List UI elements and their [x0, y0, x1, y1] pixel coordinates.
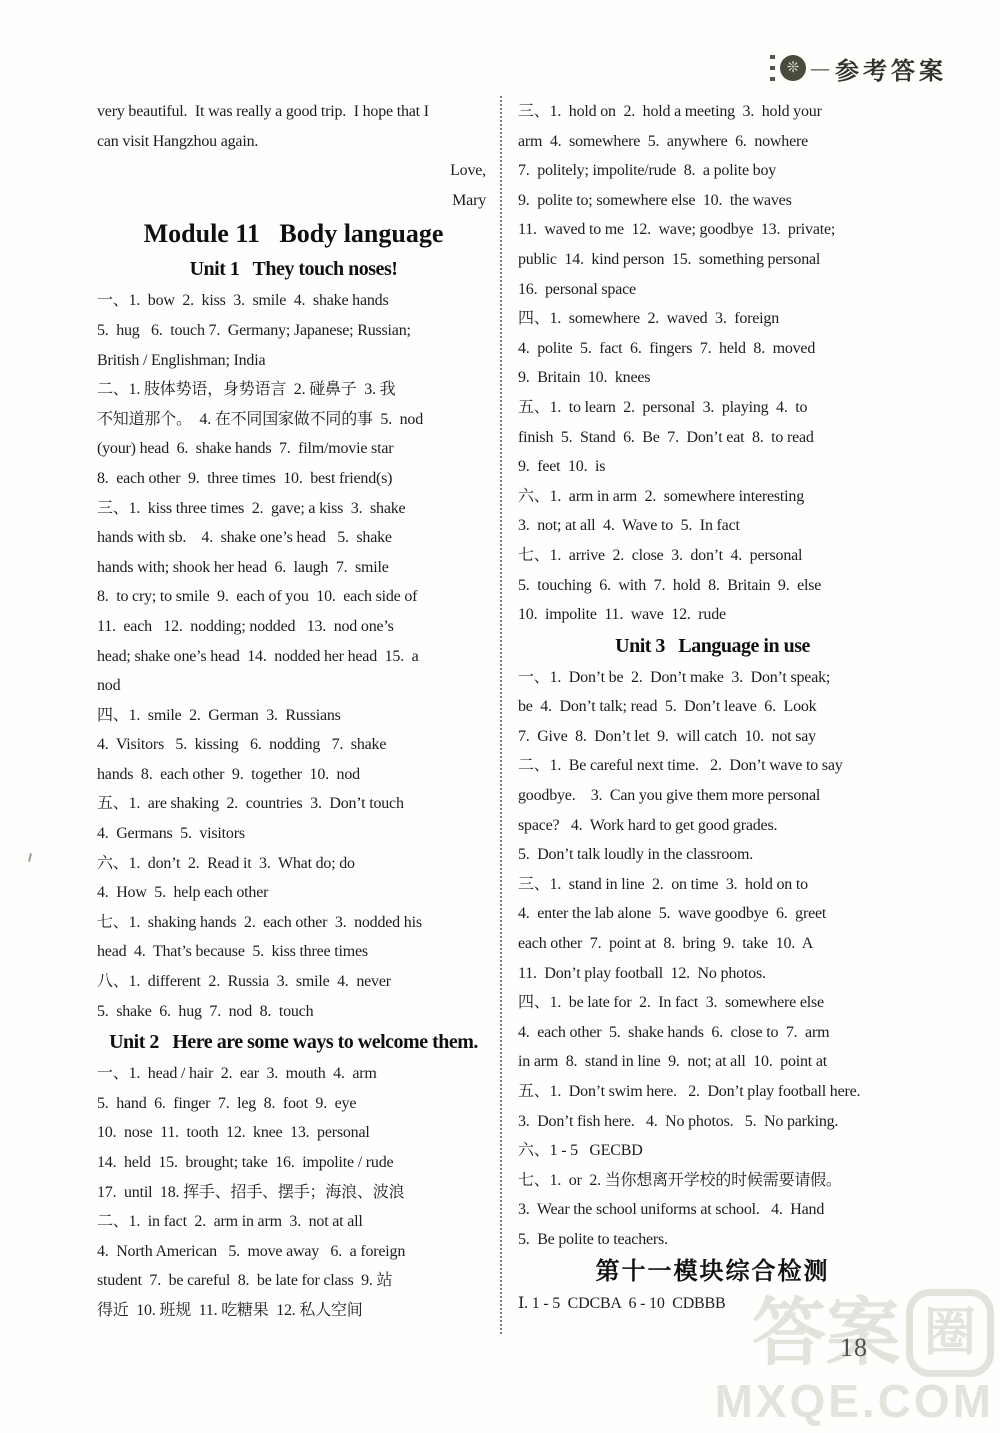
page-header: ❊ — 参考答案	[770, 50, 947, 86]
watermark-site: MXQE.COM	[714, 1377, 994, 1425]
heading-line: Love,	[97, 156, 490, 186]
text-line: 八、1. different 2. Russia 3. smile 4. nev…	[97, 967, 490, 997]
text-line: 七、1. shaking hands 2. each other 3. nodd…	[97, 908, 490, 938]
text-line: hands with; shook her head 6. laugh 7. s…	[97, 553, 490, 583]
text-line: 五、1. Don’t swim here. 2. Don’t play foot…	[518, 1077, 907, 1107]
emblem-glyph: ❊	[787, 61, 800, 76]
text-line: 11. Don’t play football 12. No photos.	[518, 959, 907, 989]
text-line: goodbye. 3. Can you give them more perso…	[518, 781, 907, 811]
text-line: 5. shake 6. hug 7. nod 8. touch	[97, 997, 490, 1027]
text-line: finish 5. Stand 6. Be 7. Don’t eat 8. to…	[518, 423, 907, 453]
text-line: 17. until 18. 挥手、招手、摆手；海浪、波浪	[97, 1178, 490, 1208]
left-column: very beautiful. It was really a good tri…	[97, 97, 490, 1326]
text-line: 14. held 15. brought; take 16. impolite …	[97, 1148, 490, 1178]
publisher-emblem-icon: ❊	[780, 55, 806, 81]
text-line: 一、1. bow 2. kiss 3. smile 4. shake hands	[97, 286, 490, 316]
text-line: space? 4. Work hard to get good grades.	[518, 811, 907, 841]
heading-line: Module 11 Body language	[97, 215, 490, 253]
page-number: 18	[840, 1333, 868, 1363]
text-line: 5. hand 6. finger 7. leg 8. foot 9. eye	[97, 1089, 490, 1119]
text-line: 10. impolite 11. wave 12. rude	[518, 600, 907, 630]
text-line: 六、1. arm in arm 2. somewhere interesting	[518, 482, 907, 512]
text-line: 11. waved to me 12. wave; goodbye 13. pr…	[518, 215, 907, 245]
text-line: in arm 8. stand in line 9. not; at all 1…	[518, 1047, 907, 1077]
text-line: 16. personal space	[518, 275, 907, 305]
heading-line: 第十一模块综合检测	[518, 1255, 907, 1289]
text-line: head; shake one’s head 14. nodded her he…	[97, 642, 490, 672]
column-divider	[500, 96, 502, 1334]
text-line: 4. How 5. help each other	[97, 878, 490, 908]
text-line: 不知道那个。 4. 在不同国家做不同的事 5. nod	[97, 405, 490, 435]
text-line: 四、1. be late for 2. In fact 3. somewhere…	[518, 988, 907, 1018]
text-line: 一、1. Don’t be 2. Don’t make 3. Don’t spe…	[518, 663, 907, 693]
header-dash: —	[811, 58, 829, 79]
text-line: 二、1. 肢体势语，身势语言 2. 碰鼻子 3. 我	[97, 375, 490, 405]
text-line: be 4. Don’t talk; read 5. Don’t leave 6.…	[518, 692, 907, 722]
text-line: 三、1. kiss three times 2. gave; a kiss 3.…	[97, 494, 490, 524]
text-line: 得近 10. 班规 11. 吃糖果 12. 私人空间	[97, 1296, 490, 1326]
text-line: 4. Germans 5. visitors	[97, 819, 490, 849]
text-line: 六、1. don’t 2. Read it 3. What do; do	[97, 849, 490, 879]
text-line: 3. Don’t fish here. 4. No photos. 5. No …	[518, 1107, 907, 1137]
text-line: 七、1. arrive 2. close 3. don’t 4. persona…	[518, 541, 907, 571]
text-line: 4. Visitors 5. kissing 6. nodding 7. sha…	[97, 730, 490, 760]
text-line: 9. Britain 10. knees	[518, 363, 907, 393]
watermark-circled-char: 圈	[906, 1289, 994, 1377]
heading-line: Mary	[97, 186, 490, 216]
text-line: very beautiful. It was really a good tri…	[97, 97, 490, 127]
text-line: each other 7. point at 8. bring 9. take …	[518, 929, 907, 959]
text-line: 三、1. stand in line 2. on time 3. hold on…	[518, 870, 907, 900]
text-line: 5. touching 6. with 7. hold 8. Britain 9…	[518, 571, 907, 601]
text-line: hands 8. each other 9. together 10. nod	[97, 760, 490, 790]
text-line: arm 4. somewhere 5. anywhere 6. nowhere	[518, 127, 907, 157]
text-line: nod	[97, 671, 490, 701]
right-column: 三、1. hold on 2. hold a meeting 3. hold y…	[518, 97, 907, 1318]
text-line: 3. not; at all 4. Wave to 5. In fact	[518, 511, 907, 541]
text-line: 二、1. Be careful next time. 2. Don’t wave…	[518, 751, 907, 781]
text-line: 7. Give 8. Don’t let 9. will catch 10. n…	[518, 722, 907, 752]
text-line: 5. Be polite to teachers.	[518, 1225, 907, 1255]
text-line: British / Englishman; India	[97, 346, 490, 376]
text-line: 七、1. or 2. 当你想离开学校的时候需要请假。	[518, 1166, 907, 1196]
text-line: 4. North American 5. move away 6. a fore…	[97, 1237, 490, 1267]
scan-artifact-mark	[28, 853, 32, 862]
text-line: 3. Wear the school uniforms at school. 4…	[518, 1195, 907, 1225]
text-line: 9. feet 10. is	[518, 452, 907, 482]
text-line: 11. each 12. nodding; nodded 13. nod one…	[97, 612, 490, 642]
text-line: 二、1. in fact 2. arm in arm 3. not at all	[97, 1207, 490, 1237]
header-title: 参考答案	[835, 51, 947, 86]
text-line: 5. Don’t talk loudly in the classroom.	[518, 840, 907, 870]
text-line: 4. enter the lab alone 5. wave goodbye 6…	[518, 899, 907, 929]
text-line: 4. polite 5. fact 6. fingers 7. held 8. …	[518, 334, 907, 364]
text-line: 9. polite to; somewhere else 10. the wav…	[518, 186, 907, 216]
text-line: head 4. That’s because 5. kiss three tim…	[97, 937, 490, 967]
text-line: 10. nose 11. tooth 12. knee 13. personal	[97, 1118, 490, 1148]
emblem-side-marks	[770, 55, 776, 81]
text-line: 三、1. hold on 2. hold a meeting 3. hold y…	[518, 97, 907, 127]
text-line: 7. politely; impolite/rude 8. a polite b…	[518, 156, 907, 186]
text-line: 四、1. somewhere 2. waved 3. foreign	[518, 304, 907, 334]
text-line: 5. hug 6. touch 7. Germany; Japanese; Ru…	[97, 316, 490, 346]
heading-line: Unit 3 Language in use	[518, 630, 907, 663]
text-line: 四、1. smile 2. German 3. Russians	[97, 701, 490, 731]
text-line: 五、1. are shaking 2. countries 3. Don’t t…	[97, 789, 490, 819]
text-line: 一、1. head / hair 2. ear 3. mouth 4. arm	[97, 1059, 490, 1089]
text-line: can visit Hangzhou again.	[97, 127, 490, 157]
watermark-text: 答案	[752, 1298, 900, 1368]
text-line: public 14. kind person 15. something per…	[518, 245, 907, 275]
text-line: 六、1 - 5 GECBD	[518, 1136, 907, 1166]
text-line: student 7. be careful 8. be late for cla…	[97, 1266, 490, 1296]
heading-line: Unit 1 They touch noses!	[97, 253, 490, 286]
text-line: 8. to cry; to smile 9. each of you 10. e…	[97, 582, 490, 612]
text-line: 五、1. to learn 2. personal 3. playing 4. …	[518, 393, 907, 423]
text-line: hands with sb. 4. shake one’s head 5. sh…	[97, 523, 490, 553]
text-line: 8. each other 9. three times 10. best fr…	[97, 464, 490, 494]
text-line: (your) head 6. shake hands 7. film/movie…	[97, 434, 490, 464]
text-line: 4. each other 5. shake hands 6. close to…	[518, 1018, 907, 1048]
heading-line: Unit 2 Here are some ways to welcome the…	[97, 1026, 490, 1059]
